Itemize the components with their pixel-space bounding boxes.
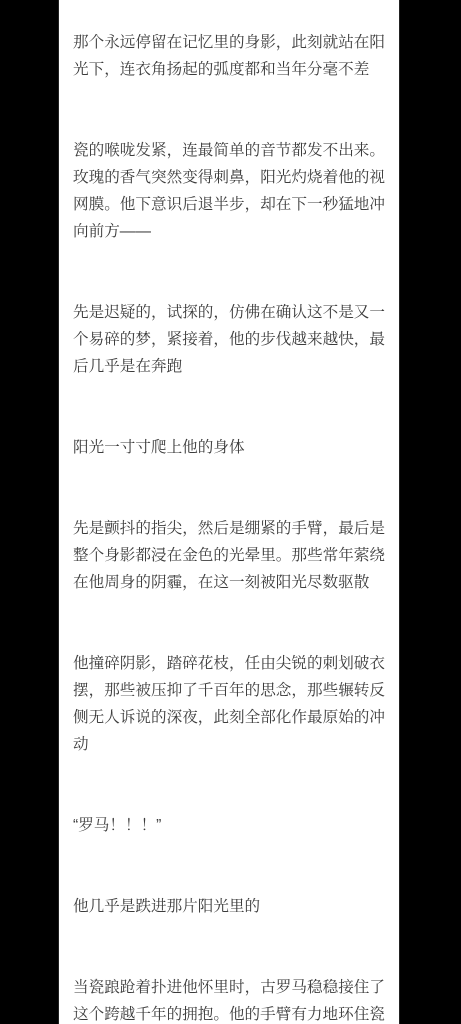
paragraph: 他撞碎阴影，踏碎花枝，任由尖锐的刺划破衣摆，那些被压抑了千百年的思念，那些辗转反…: [73, 650, 385, 758]
paragraph: 先是颤抖的指尖，然后是绷紧的手臂，最后是整个身影都浸在金色的光晕里。那些常年萦绕…: [73, 515, 385, 596]
right-letterbox-bar: [400, 0, 461, 1024]
paragraph: 当瓷踉跄着扑进他怀里时，古罗马稳稳接住了这个跨越千年的拥抱。他的手臂有力地环住瓷: [73, 974, 385, 1024]
paragraph: 先是迟疑的，试探的，仿佛在确认这不是又一个易碎的梦，紧接着，他的步伐越来越快，最…: [73, 299, 385, 380]
paragraph: 瓷的喉咙发紧，连最简单的音节都发不出来。玫瑰的香气突然变得刺鼻，阳光灼烧着他的视…: [73, 137, 385, 245]
left-letterbox-bar: [0, 0, 58, 1024]
paragraph: 阳光一寸寸爬上他的身体: [73, 434, 385, 461]
paragraph-dialogue: “罗马！！！”: [73, 812, 385, 839]
screen: 那个永远停留在记忆里的身影，此刻就站在阳光下，连衣角扬起的弧度都和当年分毫不差 …: [0, 0, 461, 1024]
paragraph: 那个永远停留在记忆里的身影，此刻就站在阳光下，连衣角扬起的弧度都和当年分毫不差: [73, 29, 385, 83]
reader-page[interactable]: 那个永远停留在记忆里的身影，此刻就站在阳光下，连衣角扬起的弧度都和当年分毫不差 …: [58, 0, 400, 1024]
paragraph: 他几乎是跌进那片阳光里的: [73, 893, 385, 920]
